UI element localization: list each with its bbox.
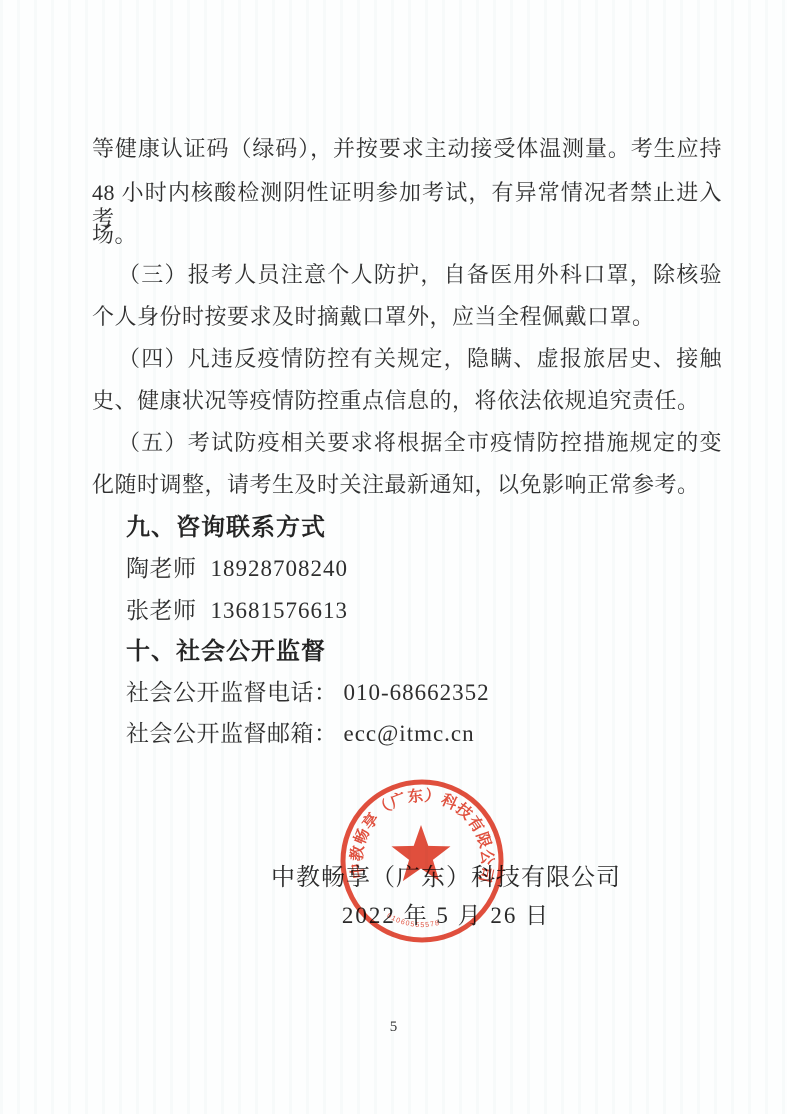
body-line: 个人身份时按要求及时摘戴口罩外，应当全程佩戴口罩。 bbox=[92, 304, 722, 330]
body-line: （三）报考人员注意个人防护，自备医用外科口罩，除核验 bbox=[92, 262, 722, 288]
supervision-phone-line: 社会公开监督电话：010-68662352 bbox=[126, 680, 756, 706]
contact-line: 陶老师18928708240 bbox=[126, 556, 756, 582]
document-page: 等健康认证码（绿码），并按要求主动接受体温测量。考生应持 48 小时内核酸检测阴… bbox=[0, 0, 787, 1114]
supervision-email-label: 社会公开监督邮箱： bbox=[126, 721, 338, 746]
contact-name: 张老师 bbox=[126, 598, 197, 623]
company-seal: 中教畅享（广东）科技有限公司 01060555578 bbox=[322, 758, 522, 958]
section-10-heading: 十、社会公开监督 bbox=[126, 638, 326, 666]
contact-phone: 18928708240 bbox=[211, 556, 349, 581]
supervision-email-address: ecc@itmc.cn bbox=[344, 721, 475, 746]
supervision-phone-label: 社会公开监督电话： bbox=[126, 680, 338, 705]
seal-star-icon bbox=[392, 825, 451, 881]
contact-line: 张老师13681576613 bbox=[126, 598, 756, 624]
body-line: 等健康认证码（绿码），并按要求主动接受体温测量。考生应持 bbox=[92, 136, 722, 162]
seal-serial-number: 01060555578 bbox=[386, 912, 441, 929]
svg-text:01060555578: 01060555578 bbox=[386, 912, 441, 929]
section-9-heading: 九、咨询联系方式 bbox=[126, 514, 326, 542]
body-line: 史、健康状况等疫情防控重点信息的，将依法依规追究责任。 bbox=[92, 388, 722, 414]
page-number: 5 bbox=[0, 1019, 787, 1036]
body-line: （四）凡违反疫情防控有关规定，隐瞒、虚报旅居史、接触 bbox=[92, 346, 722, 372]
body-line: 化随时调整，请考生及时关注最新通知，以免影响正常参考。 bbox=[92, 472, 722, 498]
contact-phone: 13681576613 bbox=[211, 598, 349, 623]
supervision-phone-number: 010-68662352 bbox=[344, 680, 490, 705]
contact-name: 陶老师 bbox=[126, 556, 197, 581]
body-line: 场。 bbox=[92, 222, 722, 248]
body-line: （五）考试防疫相关要求将根据全市疫情防控措施规定的变 bbox=[92, 430, 722, 456]
supervision-email-line: 社会公开监督邮箱：ecc@itmc.cn bbox=[126, 721, 756, 747]
